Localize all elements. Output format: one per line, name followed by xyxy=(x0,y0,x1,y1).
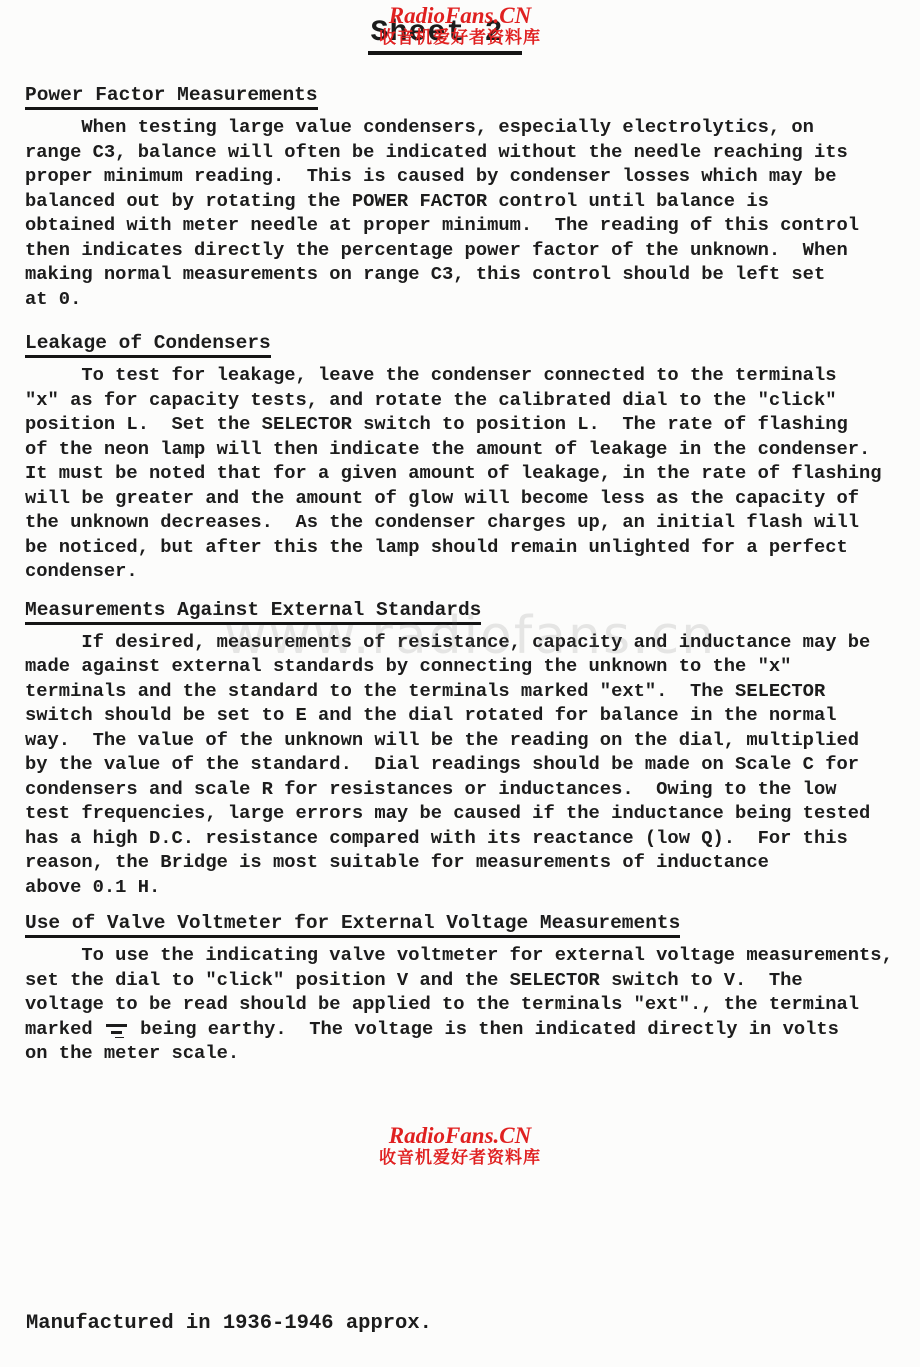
paragraph-valve-voltmeter: To use the indicating valve voltmeter fo… xyxy=(25,943,910,1066)
section-heading-power-factor: Power Factor Measurements xyxy=(25,84,318,110)
watermark-site-name: RadioFans.CN xyxy=(379,1124,541,1148)
watermark-site-tagline: 收音机爱好者资料库 xyxy=(379,1150,541,1168)
paragraph-power-factor: When testing large value condensers, esp… xyxy=(25,115,910,311)
section-heading-valve-voltmeter: Use of Valve Voltmeter for External Volt… xyxy=(25,912,680,938)
paragraph-text-after-symbol: being earthy. The voltage is then indica… xyxy=(25,1018,839,1065)
watermark-middle: RadioFans.CN 收音机爱好者资料库 xyxy=(379,1124,541,1168)
section-valve-voltmeter: Use of Valve Voltmeter for External Volt… xyxy=(25,912,910,1066)
section-external-standards: Measurements Against External Standards … xyxy=(25,599,910,900)
sheet-number: Sheet 2 xyxy=(368,16,521,55)
earth-ground-symbol-icon xyxy=(106,1020,127,1037)
document-page: Sheet 2 RadioFans.CN 收音机爱好者资料库 Power Fac… xyxy=(0,0,920,1367)
page-header: Sheet 2 RadioFans.CN 收音机爱好者资料库 xyxy=(0,0,920,62)
section-heading-external-standards: Measurements Against External Standards xyxy=(25,599,481,625)
paragraph-leakage: To test for leakage, leave the condenser… xyxy=(25,363,910,584)
document-body: Power Factor Measurements When testing l… xyxy=(0,84,920,1066)
manufacture-note: Manufactured in 1936-1946 approx. xyxy=(26,1312,432,1335)
section-power-factor: Power Factor Measurements When testing l… xyxy=(25,84,910,311)
paragraph-external-standards: If desired, measurements of resistance, … xyxy=(25,630,910,900)
section-leakage: Leakage of Condensers To test for leakag… xyxy=(25,332,910,584)
section-heading-leakage: Leakage of Condensers xyxy=(25,332,271,358)
